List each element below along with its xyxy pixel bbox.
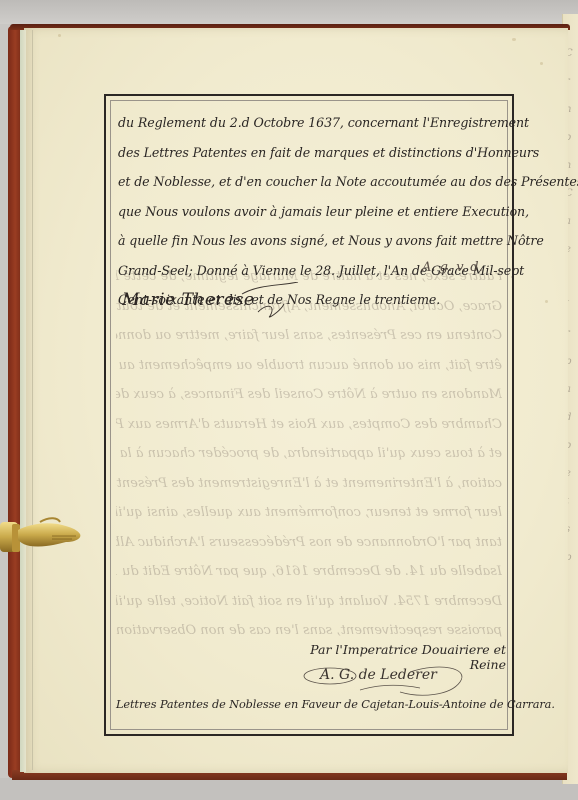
signature-flourish-icon [240, 282, 300, 322]
signature-maria-theresa: Marie Therese [122, 290, 254, 310]
page-block-edge [20, 30, 26, 772]
countersign-signature: A. G. de Lederer [320, 667, 437, 683]
scan-backdrop-bottom [0, 778, 578, 800]
bleed-through-text: l'autre sexe, nés et à naître de Mariage… [116, 262, 502, 642]
scan-backdrop-top [0, 0, 578, 24]
letter-body: du Reglement du 2.d Octobre 1637, concer… [118, 108, 506, 315]
foxing-spot [540, 62, 543, 65]
body-line: des Lettres Patentes en fait de marques … [118, 138, 506, 168]
body-line: que Nous voulons avoir à jamais leur ple… [118, 197, 506, 227]
gold-hand-clasp-icon [0, 510, 84, 560]
paraph-initials: A. g. v. d. [422, 260, 483, 275]
foxing-spot [58, 34, 61, 37]
body-line: à quelle fin Nous les avons signé, et No… [118, 226, 506, 256]
body-line: du Reglement du 2.d Octobre 1637, concer… [118, 108, 506, 138]
document-footer-title: Lettres Patentes de Noblesse en Faveur d… [116, 698, 506, 711]
foxing-spot [545, 300, 548, 303]
body-line: et de Noblesse, et d'en coucher la Note … [118, 167, 506, 197]
gutter-line [32, 30, 33, 770]
foxing-spot [512, 38, 516, 41]
